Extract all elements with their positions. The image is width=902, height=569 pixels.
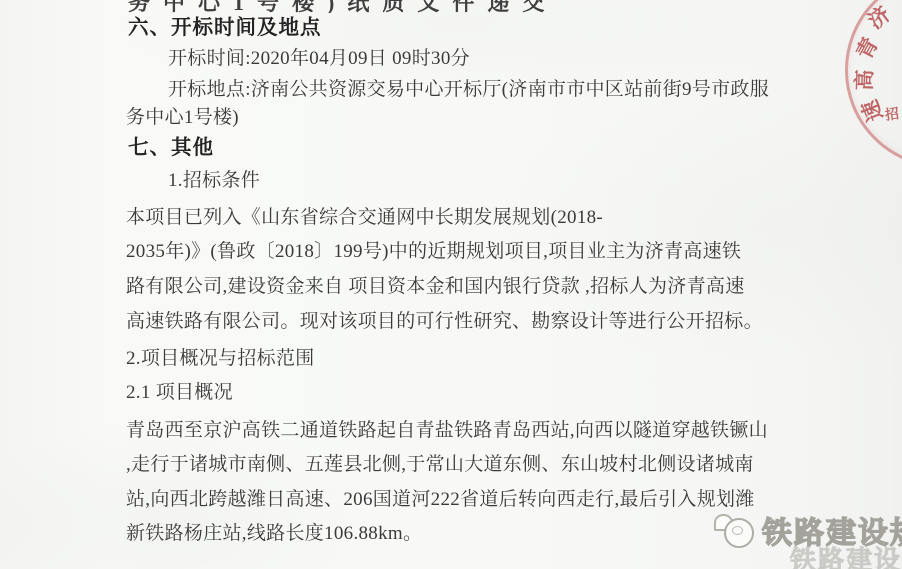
clipped-top-line: 务中心1号楼)纸质文件递交 <box>128 0 688 13</box>
conditions-paragraph-line-1: 本项目已列入《山东省综合交通网中长期发展规划(2018- <box>126 205 603 230</box>
section-6-heading: 六、开标时间及地点 <box>128 16 322 41</box>
overview-paragraph-line-1: 青岛西至京沪高铁二通道铁路起自青盐铁路青岛西站,向西以隧道穿越铁镢山 <box>126 418 768 443</box>
watermark-text: 铁路建设规划 <box>762 508 902 552</box>
bid-opening-location-line: 开标地点:济南公共资源交易中心开标厅(济南市市中区站前街9号市政服 <box>168 77 769 102</box>
section-7-heading: 七、其他 <box>128 136 214 161</box>
overview-paragraph-line-3: 站,向西北跨越潍日高速、206国道河222省道后转向西走行,最后引入规划潍 <box>126 487 755 512</box>
conditions-paragraph-line-4: 高速铁路有限公司。现对该项目的可行性研究、勘察设计等进行公开招标。 <box>126 309 763 334</box>
mascot-big-bubble-icon <box>724 518 754 548</box>
conditions-paragraph-line-2: 2035年)》(鲁政〔2018〕199号)中的近期规划项目,项目业主为济青高速铁 <box>126 239 741 264</box>
bid-opening-location-continued-line: 务中心1号楼) <box>126 105 239 130</box>
item-1-bidding-conditions-heading: 1.招标条件 <box>168 168 260 193</box>
bid-opening-time-line: 开标时间:2020年04月09日 09时30分 <box>168 46 470 71</box>
item-2-1-project-overview-subheading: 2.1 项目概况 <box>126 380 233 405</box>
seal-inner-character: 招 <box>884 103 901 125</box>
clipped-top-line-container: 务中心1号楼)纸质文件递交 <box>128 0 688 13</box>
watermark-mascot-icon <box>712 512 760 550</box>
overview-paragraph-line-2: ,走行于诸城市南侧、五莲县北侧,于常山大道东侧、东山坡村北侧设诸城南 <box>126 452 754 477</box>
overview-paragraph-line-4: 新铁路杨庄站,线路长度106.88km。 <box>126 521 422 546</box>
scanned-tender-document-page: 务中心1号楼)纸质文件递交 六、开标时间及地点 开标时间:2020年04月09日… <box>0 0 902 569</box>
item-2-project-overview-heading: 2.项目概况与招标范围 <box>126 346 315 371</box>
seal-ring-character: 高 <box>848 69 879 91</box>
conditions-paragraph-line-3: 路有限公司,建设资金来自 项目资本金和国内银行贷款 ,招标人为济青高速 <box>126 274 745 299</box>
